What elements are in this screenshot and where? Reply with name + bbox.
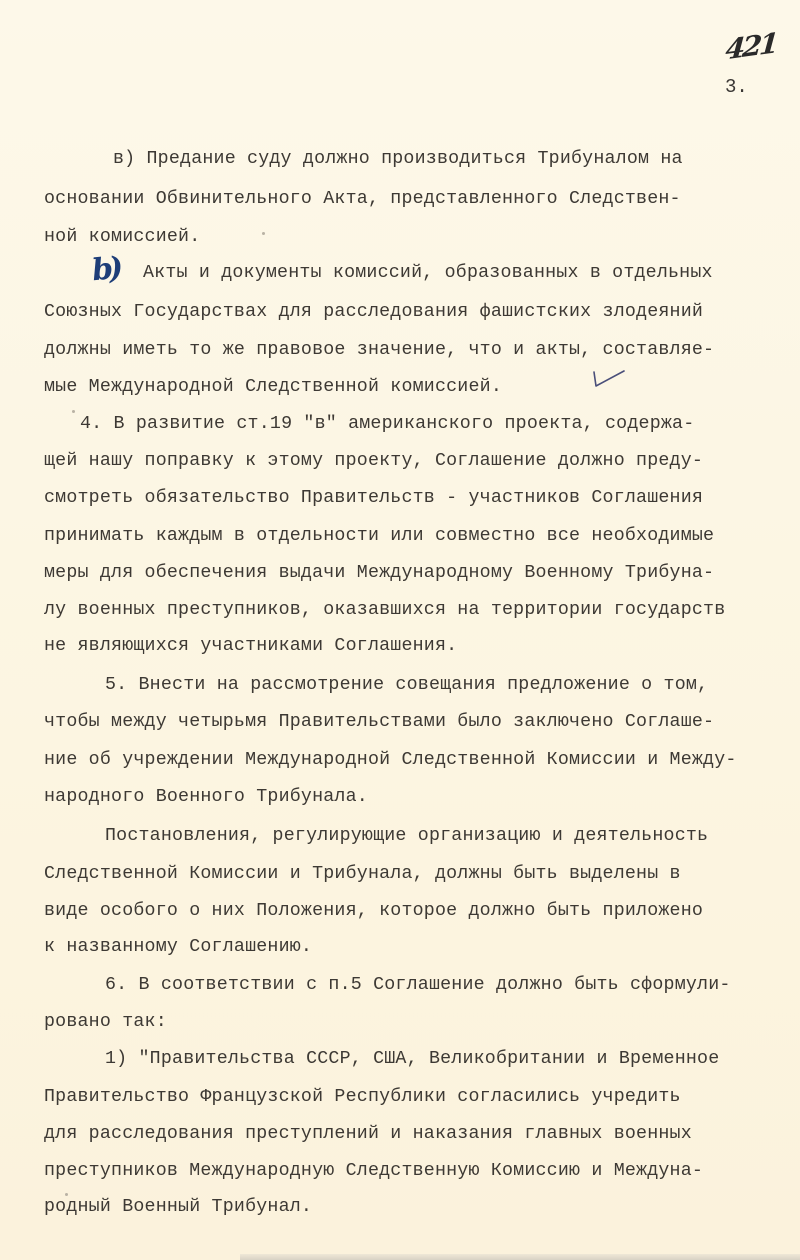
text-line: щей нашу поправку к этому проекту, Согла… [44,452,703,470]
text-line: в) Предание суду должно производиться Тр… [113,150,683,168]
text-line: виде особого о них Положения, которое до… [44,902,703,920]
text-line: 4. В развитие ст.19 "в" американского пр… [80,415,694,433]
text-line: Правительство Французской Республики сог… [44,1088,681,1106]
handwritten-archive-number: 421 [724,27,777,67]
text-line: 1) "Правительства СССР, США, Великобрита… [105,1050,719,1068]
paper-speck [72,410,75,413]
text-line: лу военных преступников, оказавшихся на … [44,601,725,619]
text-line: принимать каждым в отдельности или совме… [44,527,714,545]
document-page: 421 3. в) Предание суду должно производи… [0,0,800,1260]
text-line: ние об учреждении Международной Следстве… [44,751,737,769]
text-line: ной комиссией. [44,228,200,246]
text-line: основании Обвинительного Акта, представл… [44,190,681,208]
paper-speck [65,1193,68,1196]
text-line: Постановления, регулирующие организацию … [105,827,708,845]
text-line: ровано так: [44,1013,167,1031]
handwritten-check-mark-icon [592,368,626,390]
text-line: к названному Соглашению. [44,938,312,956]
text-line: для расследования преступлений и наказан… [44,1125,692,1143]
text-line: чтобы между четырьмя Правительствами был… [44,713,714,731]
handwritten-item-label: b) [90,251,121,289]
text-line: должны иметь то же правовое значение, чт… [44,341,714,359]
text-line: 6. В соответствии с п.5 Соглашение должн… [105,976,731,994]
text-line: Акты и документы комиссий, образованных … [143,264,713,282]
text-line: Союзных Государствах для расследования ф… [44,303,703,321]
paper-speck [262,232,265,235]
text-line: не являющихся участниками Соглашения. [44,637,457,655]
page-bottom-edge [240,1254,800,1260]
text-line: мые Международной Следственной комиссией… [44,378,502,396]
text-line: преступников Международную Следственную … [44,1162,703,1180]
text-line: 5. Внести на рассмотрение совещания пред… [105,676,708,694]
text-line: родный Военный Трибунал. [44,1198,312,1216]
text-line: Следственной Комиссии и Трибунала, должн… [44,865,681,883]
text-line: народного Военного Трибунала. [44,788,368,806]
page-number: 3. [725,76,748,98]
text-line: меры для обеспечения выдачи Международно… [44,564,714,582]
text-line: смотреть обязательство Правительств - уч… [44,489,703,507]
